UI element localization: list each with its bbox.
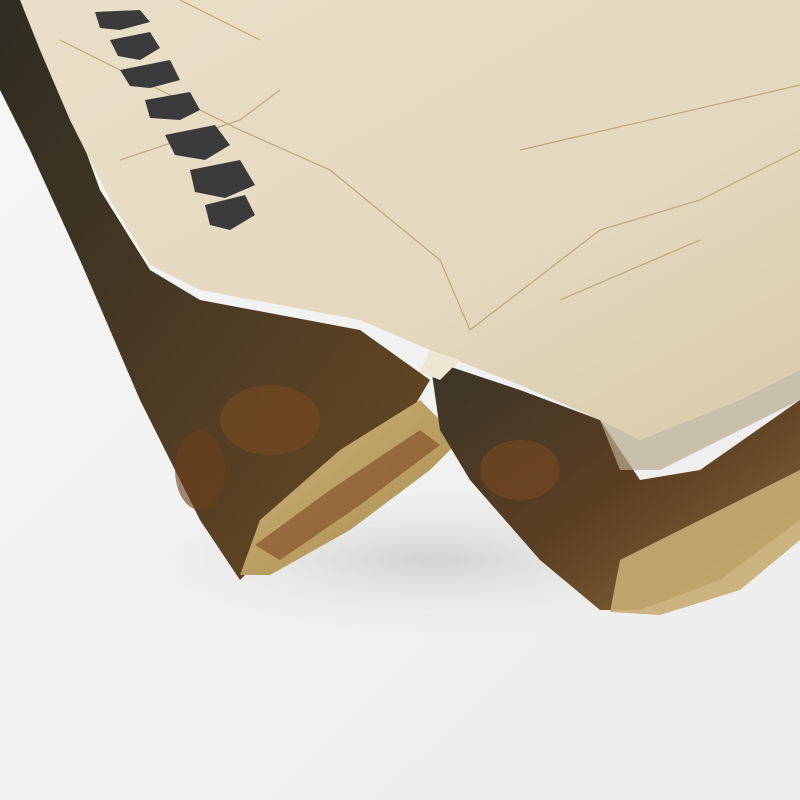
- whetstone-illustration: [0, 0, 800, 800]
- whetstone-photo: [0, 0, 800, 800]
